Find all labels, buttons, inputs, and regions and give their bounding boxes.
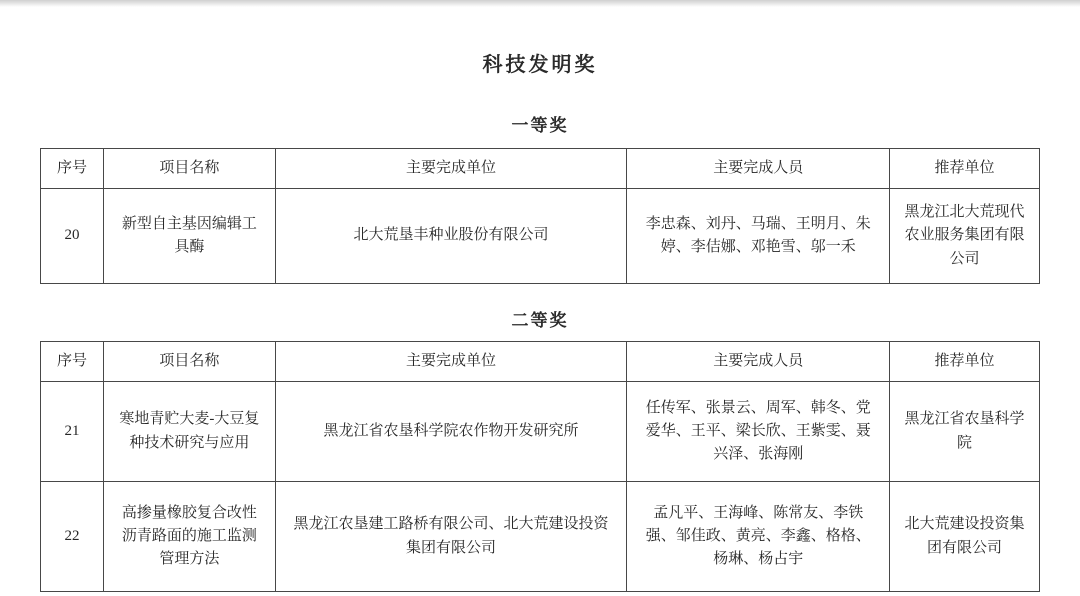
table-row: 20 新型自主基因编辑工具酶 北大荒垦丰种业股份有限公司 李忠森、刘丹、马瑞、王… <box>41 189 1040 284</box>
cell-serial-number: 21 <box>41 382 104 482</box>
cell-completing-unit: 北大荒垦丰种业股份有限公司 <box>275 189 627 284</box>
column-header-personnel: 主要完成人员 <box>627 342 890 382</box>
cell-completing-unit: 黑龙江省农垦科学院农作物开发研究所 <box>275 382 627 482</box>
section-heading-first-prize: 一等奖 <box>0 77 1080 148</box>
cell-project-name: 高掺量橡胶复合改性沥青路面的施工监测管理方法 <box>103 482 275 592</box>
cell-project-name: 寒地青贮大麦-大豆复种技术研究与应用 <box>103 382 275 482</box>
section-heading-second-prize: 二等奖 <box>0 284 1080 341</box>
second-prize-table: 序号 项目名称 主要完成单位 主要完成人员 推荐单位 21 寒地青贮大麦-大豆复… <box>40 341 1040 592</box>
cell-recommending-unit: 北大荒建设投资集团有限公司 <box>890 482 1040 592</box>
column-header-unit: 主要完成单位 <box>275 149 627 189</box>
cell-personnel: 李忠森、刘丹、马瑞、王明月、朱婷、李佶娜、邓艳雪、邬一禾 <box>627 189 890 284</box>
first-prize-table: 序号 项目名称 主要完成单位 主要完成人员 推荐单位 20 新型自主基因编辑工具… <box>40 148 1040 284</box>
cell-project-name: 新型自主基因编辑工具酶 <box>103 189 275 284</box>
table-row: 21 寒地青贮大麦-大豆复种技术研究与应用 黑龙江省农垦科学院农作物开发研究所 … <box>41 382 1040 482</box>
column-header-serial: 序号 <box>41 342 104 382</box>
column-header-unit: 主要完成单位 <box>275 342 627 382</box>
column-header-personnel: 主要完成人员 <box>627 149 890 189</box>
column-header-recommender: 推荐单位 <box>890 149 1040 189</box>
cell-recommending-unit: 黑龙江北大荒现代农业服务集团有限公司 <box>890 189 1040 284</box>
cell-personnel: 任传军、张景云、周军、韩冬、党爱华、王平、梁长欣、王紫雯、聂兴泽、张海刚 <box>627 382 890 482</box>
column-header-project: 项目名称 <box>103 342 275 382</box>
page-title: 科技发明奖 <box>0 0 1080 77</box>
cell-recommending-unit: 黑龙江省农垦科学院 <box>890 382 1040 482</box>
cell-personnel: 孟凡平、王海峰、陈常友、李铁强、邹佳政、黄亮、李鑫、格格、杨琳、杨占宇 <box>627 482 890 592</box>
cell-serial-number: 22 <box>41 482 104 592</box>
table-row: 22 高掺量橡胶复合改性沥青路面的施工监测管理方法 黑龙江农垦建工路桥有限公司、… <box>41 482 1040 592</box>
table-header-row: 序号 项目名称 主要完成单位 主要完成人员 推荐单位 <box>41 149 1040 189</box>
cell-completing-unit: 黑龙江农垦建工路桥有限公司、北大荒建设投资集团有限公司 <box>275 482 627 592</box>
document-page: 科技发明奖 一等奖 序号 项目名称 主要完成单位 主要完成人员 推荐单位 20 … <box>0 0 1080 596</box>
column-header-recommender: 推荐单位 <box>890 342 1040 382</box>
table-header-row: 序号 项目名称 主要完成单位 主要完成人员 推荐单位 <box>41 342 1040 382</box>
column-header-project: 项目名称 <box>103 149 275 189</box>
column-header-serial: 序号 <box>41 149 104 189</box>
cell-serial-number: 20 <box>41 189 104 284</box>
